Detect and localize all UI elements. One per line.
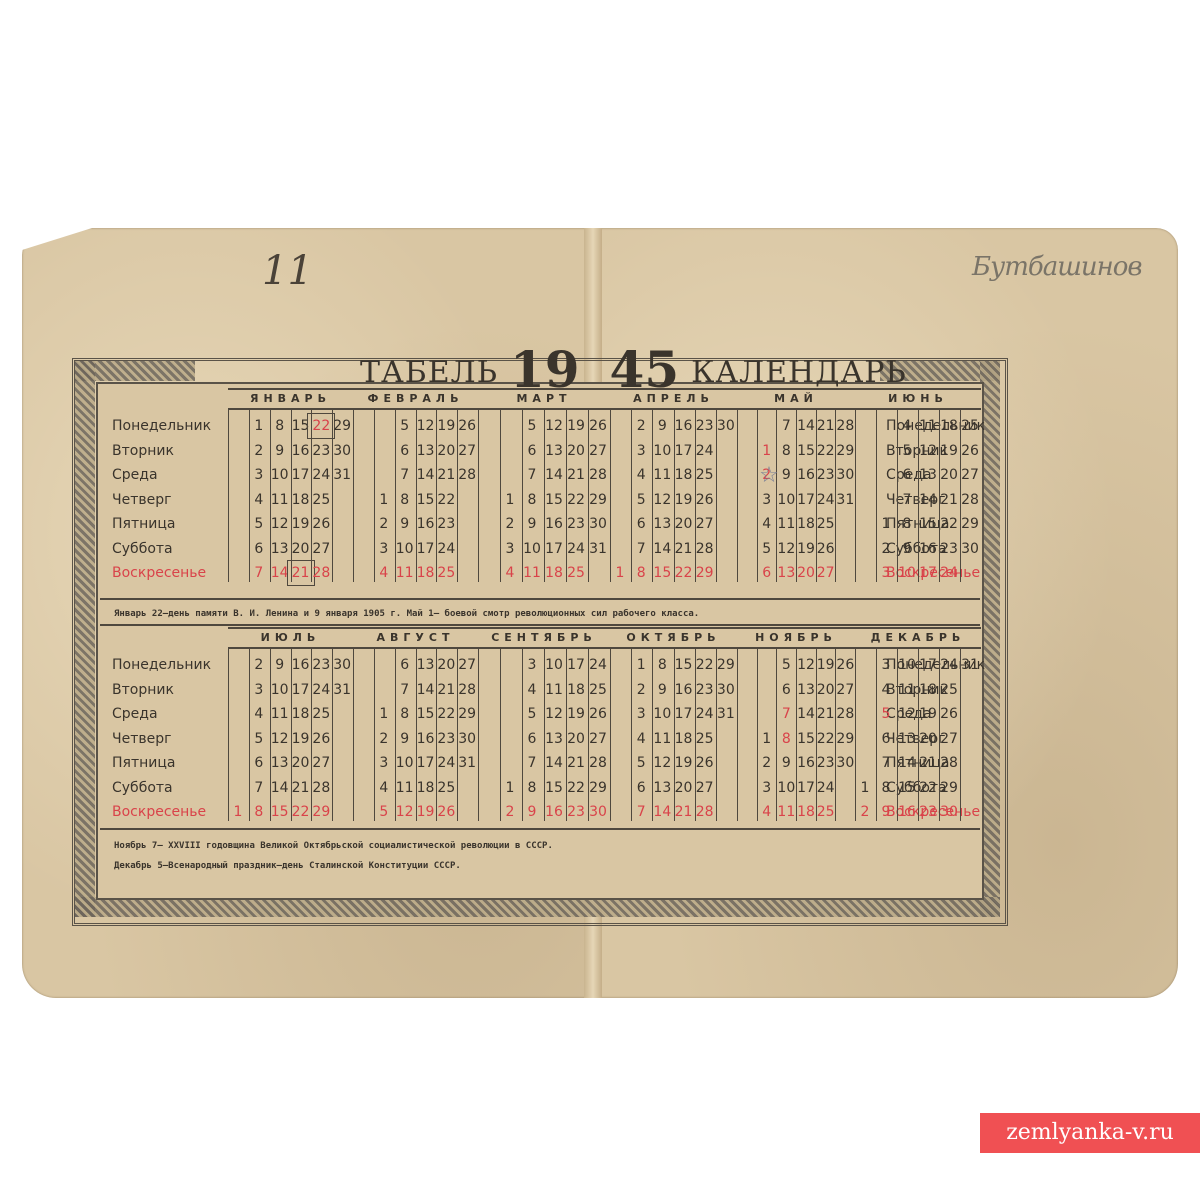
calendar-day: 29 — [692, 561, 718, 585]
calendar-day: 31 — [329, 678, 355, 702]
calendar-day: 31 — [585, 537, 611, 561]
month-header: ЯНВАРЬ — [228, 388, 353, 410]
weekday-label-left: Пятница — [112, 512, 175, 536]
calendar-title: ТАБЕЛЬ 19 45 КАЛЕНДАРЬ — [360, 336, 960, 396]
weekday-label-left: Воскресенье — [112, 800, 206, 824]
calendar-day: 29 — [308, 800, 334, 824]
calendar-day: 27 — [454, 439, 480, 463]
holiday-note-december: Декабрь 5—Всенародный праздник—день Стал… — [114, 856, 966, 876]
calendar-day: 26 — [308, 727, 334, 751]
weekday-label-left: Четверг — [112, 727, 171, 751]
calendar-day: 26 — [585, 702, 611, 726]
month-header: ИЮНЬ — [855, 388, 981, 410]
calendar-day: 25 — [433, 561, 459, 585]
calendar-day: 25 — [936, 678, 962, 702]
calendar-day: 26 — [936, 702, 962, 726]
calendar-day: 24 — [433, 537, 459, 561]
weekday-label-left: Суббота — [112, 537, 173, 561]
calendar-day: 27 — [692, 776, 718, 800]
calendar-day: 29 — [957, 512, 983, 536]
calendar-day: 25 — [433, 776, 459, 800]
calendar-day: 31 — [454, 751, 480, 775]
calendar-day: 30 — [585, 512, 611, 536]
month-header: НОЯБРЬ — [737, 627, 855, 649]
calendar-day: 30 — [957, 537, 983, 561]
calendar-day: 29 — [454, 702, 480, 726]
weekday-label-left: Воскресенье — [112, 561, 206, 585]
calendar-day: 25 — [692, 463, 718, 487]
holiday-note-november: Ноябрь 7— XXVIII годовщина Великой Октяб… — [114, 836, 966, 856]
calendar-day: 29 — [329, 414, 355, 438]
calendar-day: 28 — [957, 488, 983, 512]
calendar-day: 28 — [585, 751, 611, 775]
calendar-day: 27 — [936, 727, 962, 751]
calendar-day: 28 — [454, 678, 480, 702]
calendar-day: 30 — [936, 800, 962, 824]
calendar-day: 30 — [329, 653, 355, 677]
calendar-day: 28 — [692, 537, 718, 561]
calendar-day: 30 — [454, 727, 480, 751]
calendar-day: 27 — [692, 512, 718, 536]
calendar-day: 28 — [308, 776, 334, 800]
calendar-day: 29 — [936, 776, 962, 800]
weekday-label-left: Пятница — [112, 751, 175, 775]
month-header: ОКТЯБРЬ — [610, 627, 737, 649]
watermark-badge: zemlyanka-v.ru — [980, 1113, 1200, 1153]
calendar-day: 28 — [308, 561, 334, 585]
calendar-day: 30 — [713, 414, 739, 438]
calendar-day: 31 — [329, 463, 355, 487]
calendar-day: 25 — [957, 414, 983, 438]
calendar-day: 25 — [692, 727, 718, 751]
calendar-day: 26 — [308, 512, 334, 536]
month-header: АВГУСТ — [353, 627, 478, 649]
calendar-day: 25 — [308, 702, 334, 726]
calendar-day: 29 — [585, 776, 611, 800]
calendar-day: 27 — [957, 463, 983, 487]
week-column — [478, 408, 499, 582]
month-header: АПРЕЛЬ — [610, 388, 737, 410]
calendar-day: 26 — [813, 537, 839, 561]
handwritten-name: Бутбашинов — [972, 252, 1142, 282]
calendar-day: 25 — [563, 561, 589, 585]
weekday-label-left: Понедельник — [112, 414, 211, 438]
weekday-label-left: Среда — [112, 702, 158, 726]
weekday-label-left: Суббота — [112, 776, 173, 800]
holiday-note-top: Январь 22—день памяти В. И. Ленина и 9 я… — [100, 598, 980, 626]
calendar-day: 25 — [813, 800, 839, 824]
calendar-day: 26 — [957, 439, 983, 463]
month-header: МАЙ — [737, 388, 855, 410]
calendar-day: 26 — [433, 800, 459, 824]
calendar-day: 27 — [813, 561, 839, 585]
calendar-day: 28 — [454, 463, 480, 487]
star-mark-icon: ☆ — [757, 464, 781, 488]
calendar-day: 28 — [936, 751, 962, 775]
calendar-day: 26 — [454, 414, 480, 438]
calendar-day: 27 — [308, 537, 334, 561]
calendar-day: 29 — [713, 653, 739, 677]
calendar-day: 22 — [433, 488, 459, 512]
month-header: ФЕВРАЛЬ — [353, 388, 478, 410]
calendar-day: 24 — [936, 561, 962, 585]
handwritten-number: 11 — [262, 248, 313, 294]
calendar-day: 23 — [433, 512, 459, 536]
calendar-day: 27 — [308, 751, 334, 775]
ornament-left — [75, 361, 95, 917]
calendar-day: 26 — [692, 488, 718, 512]
calendar-day: 31 — [713, 702, 739, 726]
calendar-day: 28 — [585, 463, 611, 487]
week-column — [478, 647, 499, 821]
calendar-day: 25 — [813, 512, 839, 536]
ornament-bottom — [75, 897, 1000, 917]
month-header: ДЕКАБРЬ — [855, 627, 981, 649]
calendar-day: 28 — [692, 800, 718, 824]
calendar-day: 24 — [813, 776, 839, 800]
calendar-day: 26 — [585, 414, 611, 438]
calendar-day: 29 — [585, 488, 611, 512]
calendar-day: 24 — [692, 439, 718, 463]
calendar-day: 30 — [713, 678, 739, 702]
calendar-day: 30 — [585, 800, 611, 824]
weekday-label-left: Вторник — [112, 678, 174, 702]
holiday-notes-bottom: Ноябрь 7— XXVIII годовщина Великой Октяб… — [100, 828, 980, 880]
weekday-label-left: Вторник — [112, 439, 174, 463]
weekday-label-left: Понедельник — [112, 653, 211, 677]
calendar-day: 24 — [585, 653, 611, 677]
calendar-day: 25 — [308, 488, 334, 512]
calendar-day: 26 — [692, 751, 718, 775]
calendar-day: 27 — [585, 727, 611, 751]
calendar-day: 27 — [454, 653, 480, 677]
weekday-label-left: Четверг — [112, 488, 171, 512]
weekday-label-left: Среда — [112, 463, 158, 487]
month-header: СЕНТЯБРЬ — [478, 627, 610, 649]
calendar-day: 30 — [329, 439, 355, 463]
calendar-day: 25 — [585, 678, 611, 702]
month-header: МАРТ — [478, 388, 610, 410]
month-header: ИЮЛЬ — [228, 627, 353, 649]
calendar-day: 31 — [957, 653, 983, 677]
calendar-day: 27 — [585, 439, 611, 463]
